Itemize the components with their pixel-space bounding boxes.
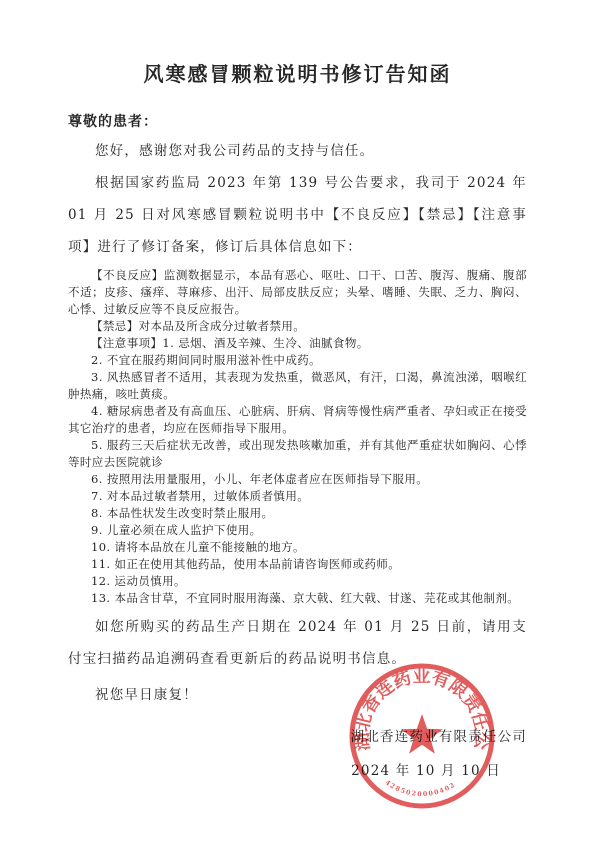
- precautions-item-12: 12. 运动员慎用。: [68, 573, 527, 590]
- precautions-item-7: 7. 对本品过敏者禁用，过敏体质者慎用。: [68, 488, 527, 505]
- precautions-item-11: 11. 如正在使用其他药品，使用本品前请咨询医师或药师。: [68, 556, 527, 573]
- contraindications-paragraph: 【禁忌】对本品及所含成分过敏者禁用。: [68, 318, 527, 335]
- precautions-item-8: 8. 本品性状发生改变时禁止服用。: [68, 505, 527, 522]
- signature-block: 湖北香连药业有限责任公司 2024 年 10 月 10 日: [68, 725, 527, 779]
- greeting-paragraph: 您好，感谢您对我公司药品的支持与信任。: [68, 135, 527, 167]
- precautions-item-6: 6. 按照用法用量服用，小儿、年老体虚者应在医师指导下服用。: [68, 471, 527, 488]
- signature-date: 2024 年 10 月 10 日: [68, 759, 501, 779]
- notice-title: 风寒感冒颗粒说明书修订告知函: [68, 58, 527, 87]
- precautions-item-2: 2. 不宜在服药期间同时服用滋补性中成药。: [68, 352, 527, 369]
- precautions-item-3: 3. 风热感冒者不适用，其表现为发热重，微恶风，有汗，口渴，鼻流浊涕，咽喉红肿热…: [68, 369, 527, 403]
- wish-line: 祝您早日康复！: [68, 679, 527, 711]
- precautions-item-1: 【注意事项】1. 忌烟、酒及辛辣、生冷、油腻食物。: [68, 335, 527, 352]
- intro-paragraph: 根据国家药监局 2023 年第 139 号公告要求，我司于 2024 年 01 …: [68, 167, 527, 263]
- company-name: 湖北香连药业有限责任公司: [68, 725, 527, 745]
- notice-document-page: 风寒感冒颗粒说明书修订告知函 尊敬的患者： 您好，感谢您对我公司药品的支持与信任…: [0, 0, 595, 841]
- precautions-item-4: 4. 糖尿病患者及有高血压、心脏病、肝病、肾病等慢性病严重者、孕妇或正在接受其它…: [68, 403, 527, 437]
- salutation: 尊敬的患者：: [68, 111, 527, 133]
- precautions-item-10: 10. 请将本品放在儿童不能接触的地方。: [68, 539, 527, 556]
- precautions-item-5: 5. 服药三天后症状无改善，或出现发热咳嗽加重，并有其他严重症状如胸闷、心悸等时…: [68, 437, 527, 471]
- seal-serial: 4285020000402: [384, 778, 457, 798]
- closing-paragraph: 如您所购买的药品生产日期在 2024 年 01 月 25 日前，请用支付宝扫描药…: [68, 611, 527, 675]
- precautions-item-13: 13. 本品含甘草，不宜同时服用海藻、京大戟、红大戟、甘遂、芫花或其他制剂。: [68, 590, 527, 607]
- precautions-item-9: 9. 儿童必须在成人监护下使用。: [68, 522, 527, 539]
- adverse-reactions-paragraph: 【不良反应】监测数据显示，本品有恶心、呕吐、口干、口苦、腹泻、腹痛、腹部不适；皮…: [68, 267, 527, 318]
- revision-details-block: 【不良反应】监测数据显示，本品有恶心、呕吐、口干、口苦、腹泻、腹痛、腹部不适；皮…: [68, 267, 527, 607]
